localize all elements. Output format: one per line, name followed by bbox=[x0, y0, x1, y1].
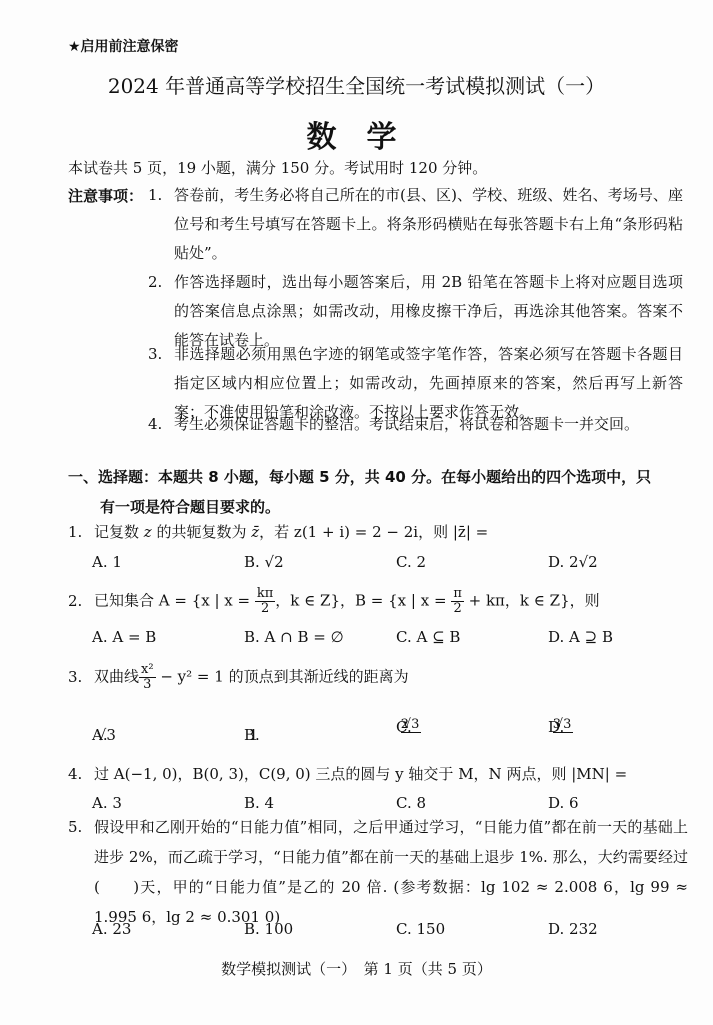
numerator: π bbox=[451, 587, 464, 602]
notice-number: 1. bbox=[148, 181, 162, 210]
question-text: 双曲线 bbox=[94, 668, 139, 686]
denominator: 3 bbox=[139, 678, 156, 692]
question-text: ， bbox=[340, 592, 355, 610]
section-line-2: 有一项是符合题目要求的。 bbox=[68, 492, 686, 522]
subject-title: 数学 bbox=[0, 112, 713, 156]
option-d[interactable]: D. 6 bbox=[548, 794, 579, 812]
math-expression: |z̄| = bbox=[453, 523, 488, 541]
option-d[interactable]: D. 232 bbox=[548, 920, 598, 938]
option-c[interactable]: C. 2 bbox=[396, 553, 426, 571]
section-line-1: 一、选择题：本题共 8 小题，每小题 5 分，共 40 分。在每小题给出的四个选… bbox=[68, 468, 651, 486]
option-b[interactable]: B. 100 bbox=[244, 920, 293, 938]
question-number: 2. bbox=[68, 592, 94, 610]
question-text: ，则 bbox=[418, 523, 453, 541]
question-text: 假设甲和乙刚开始的“日能力值”相同，之后甲通过学习，“日能力值”都在前一天的基础… bbox=[94, 812, 688, 932]
option-value: √3 bbox=[97, 726, 116, 744]
option-c[interactable]: C. √32 bbox=[396, 718, 401, 736]
math-equation: − y² = 1 bbox=[156, 668, 224, 686]
question-text: 过 A(−1, 0)，B(0, 3)，C(9, 0) 三点的圆与 y 轴交于 M… bbox=[94, 765, 627, 783]
math-set: A = {x | x = bbox=[159, 592, 255, 610]
option-b[interactable]: B. 4 bbox=[244, 794, 274, 812]
option-b[interactable]: B. 1 bbox=[244, 726, 249, 744]
question-text: 已知集合 bbox=[94, 592, 159, 610]
section-heading: 一、选择题：本题共 8 小题，每小题 5 分，共 40 分。在每小题给出的四个选… bbox=[68, 462, 686, 522]
notice-item: 1. 答卷前，考生务必将自己所在的市(县、区)、学校、班级、姓名、考场号、座位号… bbox=[148, 181, 683, 268]
option-value: 1 bbox=[249, 726, 259, 744]
question-number: 4. bbox=[68, 765, 94, 783]
question-number: 5. bbox=[68, 812, 94, 842]
question-2-options: A. A = B B. A ∩ B = ∅ C. A ⊆ B D. A ⊇ B bbox=[92, 628, 692, 658]
option-a[interactable]: A. 1 bbox=[92, 553, 122, 571]
notice-item: 4. 考生必须保证答题卡的整洁。考试结束后，将试卷和答题卡一并交回。 bbox=[148, 410, 683, 439]
question-text: ，若 bbox=[259, 523, 294, 541]
option-a[interactable]: A. 23 bbox=[92, 920, 131, 938]
confidential-notice: ★启用前注意保密 bbox=[68, 36, 179, 56]
numerator: kπ bbox=[255, 587, 275, 602]
question-number: 3. bbox=[68, 668, 94, 686]
math-set: B = {x | x = bbox=[355, 592, 451, 610]
math-fraction: π2 bbox=[451, 587, 464, 616]
denominator: 2 bbox=[451, 602, 464, 616]
notice-text: 考生必须保证答题卡的整洁。考试结束后，将试卷和答题卡一并交回。 bbox=[174, 410, 683, 439]
notice-number: 4. bbox=[148, 410, 162, 439]
option-a[interactable]: A. 3 bbox=[92, 794, 122, 812]
option-a[interactable]: A. √3 bbox=[92, 726, 97, 744]
question-5: 5. 假设甲和乙刚开始的“日能力值”相同，之后甲通过学习，“日能力值”都在前一天… bbox=[68, 812, 688, 932]
question-text: 的共轭复数为 bbox=[152, 523, 252, 541]
notice-number: 3. bbox=[148, 340, 162, 369]
option-d[interactable]: D. √33 bbox=[548, 718, 553, 736]
exam-title: 2024 年普通高等学校招生全国统一考试模拟测试（一） bbox=[0, 70, 713, 99]
notice-label: 注意事项： bbox=[68, 185, 143, 206]
numerator: x² bbox=[139, 663, 156, 678]
question-1: 1.记复数 z 的共轭复数为 z̄，若 z(1 + i) = 2 − 2i，则 … bbox=[68, 521, 688, 542]
denominator: 2 bbox=[255, 602, 275, 616]
math-set: ，k ∈ Z} bbox=[275, 592, 340, 610]
option-c[interactable]: C. A ⊆ B bbox=[396, 628, 460, 646]
notice-number: 2. bbox=[148, 268, 162, 297]
question-number: 1. bbox=[68, 523, 94, 541]
question-4: 4.过 A(−1, 0)，B(0, 3)，C(9, 0) 三点的圆与 y 轴交于… bbox=[68, 763, 688, 784]
option-c[interactable]: C. 8 bbox=[396, 794, 426, 812]
math-equation: z(1 + i) = 2 − 2i bbox=[294, 523, 418, 541]
question-5-options: A. 23 B. 100 C. 150 D. 232 bbox=[92, 920, 692, 950]
notice-text: 答卷前，考生务必将自己所在的市(县、区)、学校、班级、姓名、考场号、座位号和考生… bbox=[174, 181, 683, 268]
math-set: + kπ，k ∈ Z} bbox=[464, 592, 570, 610]
option-d[interactable]: D. 2√2 bbox=[548, 553, 598, 571]
math-var: z bbox=[144, 523, 152, 541]
option-c[interactable]: C. 150 bbox=[396, 920, 445, 938]
option-d[interactable]: D. A ⊇ B bbox=[548, 628, 613, 646]
math-fraction: x²3 bbox=[139, 663, 156, 692]
option-a[interactable]: A. A = B bbox=[92, 628, 156, 646]
denominator: 3 bbox=[553, 718, 561, 732]
math-var: z̄ bbox=[251, 523, 259, 541]
exam-intro: 本试卷共 5 页，19 小题，满分 150 分。考试用时 120 分钟。 bbox=[68, 157, 487, 178]
question-1-options: A. 1 B. √2 C. 2 D. 2√2 bbox=[92, 553, 692, 583]
question-text: ，则 bbox=[570, 592, 600, 610]
question-text: 记复数 bbox=[94, 523, 144, 541]
option-b[interactable]: B. A ∩ B = ∅ bbox=[244, 628, 344, 646]
exam-page: ★启用前注意保密 2024 年普通高等学校招生全国统一考试模拟测试（一） 数学 … bbox=[0, 0, 713, 1025]
question-2: 2.已知集合 A = {x | x = kπ2，k ∈ Z}，B = {x | … bbox=[68, 587, 688, 616]
question-text: 的顶点到其渐近线的距离为 bbox=[224, 668, 409, 686]
option-b[interactable]: B. √2 bbox=[244, 553, 284, 571]
question-3: 3.双曲线x²3 − y² = 1 的顶点到其渐近线的距离为 bbox=[68, 663, 688, 692]
math-fraction: kπ2 bbox=[255, 587, 275, 616]
denominator: 2 bbox=[401, 718, 409, 732]
page-footer: 数学模拟测试（一） 第 1 页（共 5 页） bbox=[0, 958, 713, 979]
question-3-options: A. √3 B. 1 C. √32 D. √33 bbox=[92, 718, 692, 758]
